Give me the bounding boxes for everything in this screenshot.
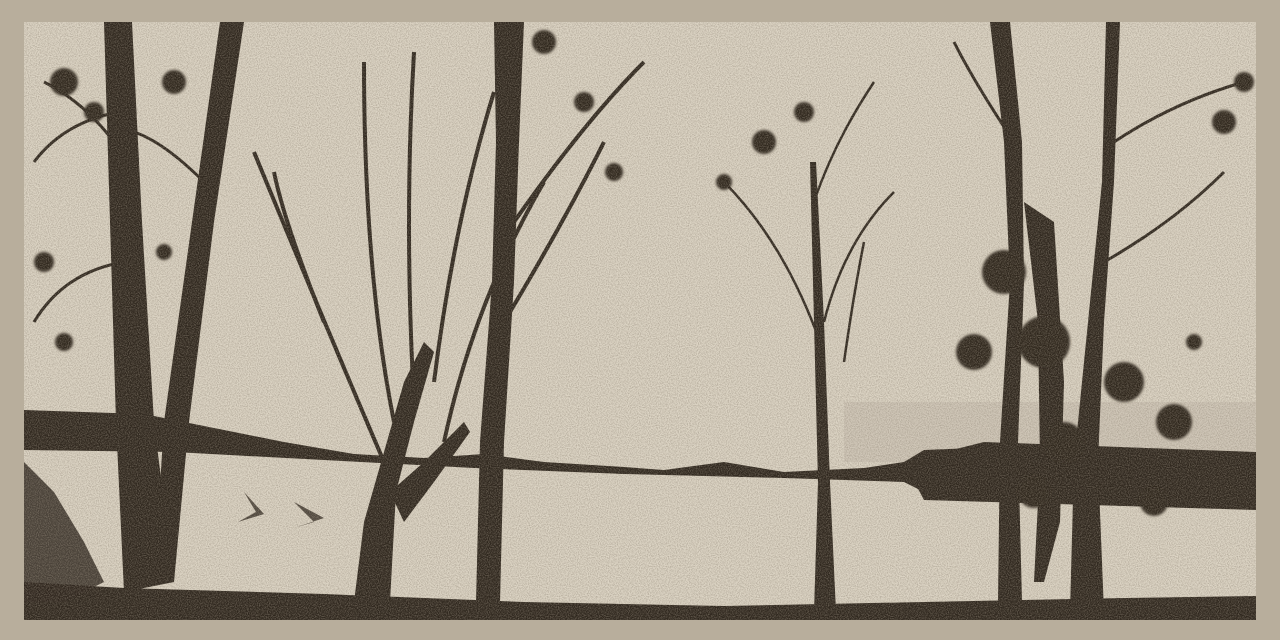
landscape-scene — [24, 22, 1256, 620]
photograph — [24, 22, 1256, 620]
photo-mat — [0, 0, 1280, 640]
